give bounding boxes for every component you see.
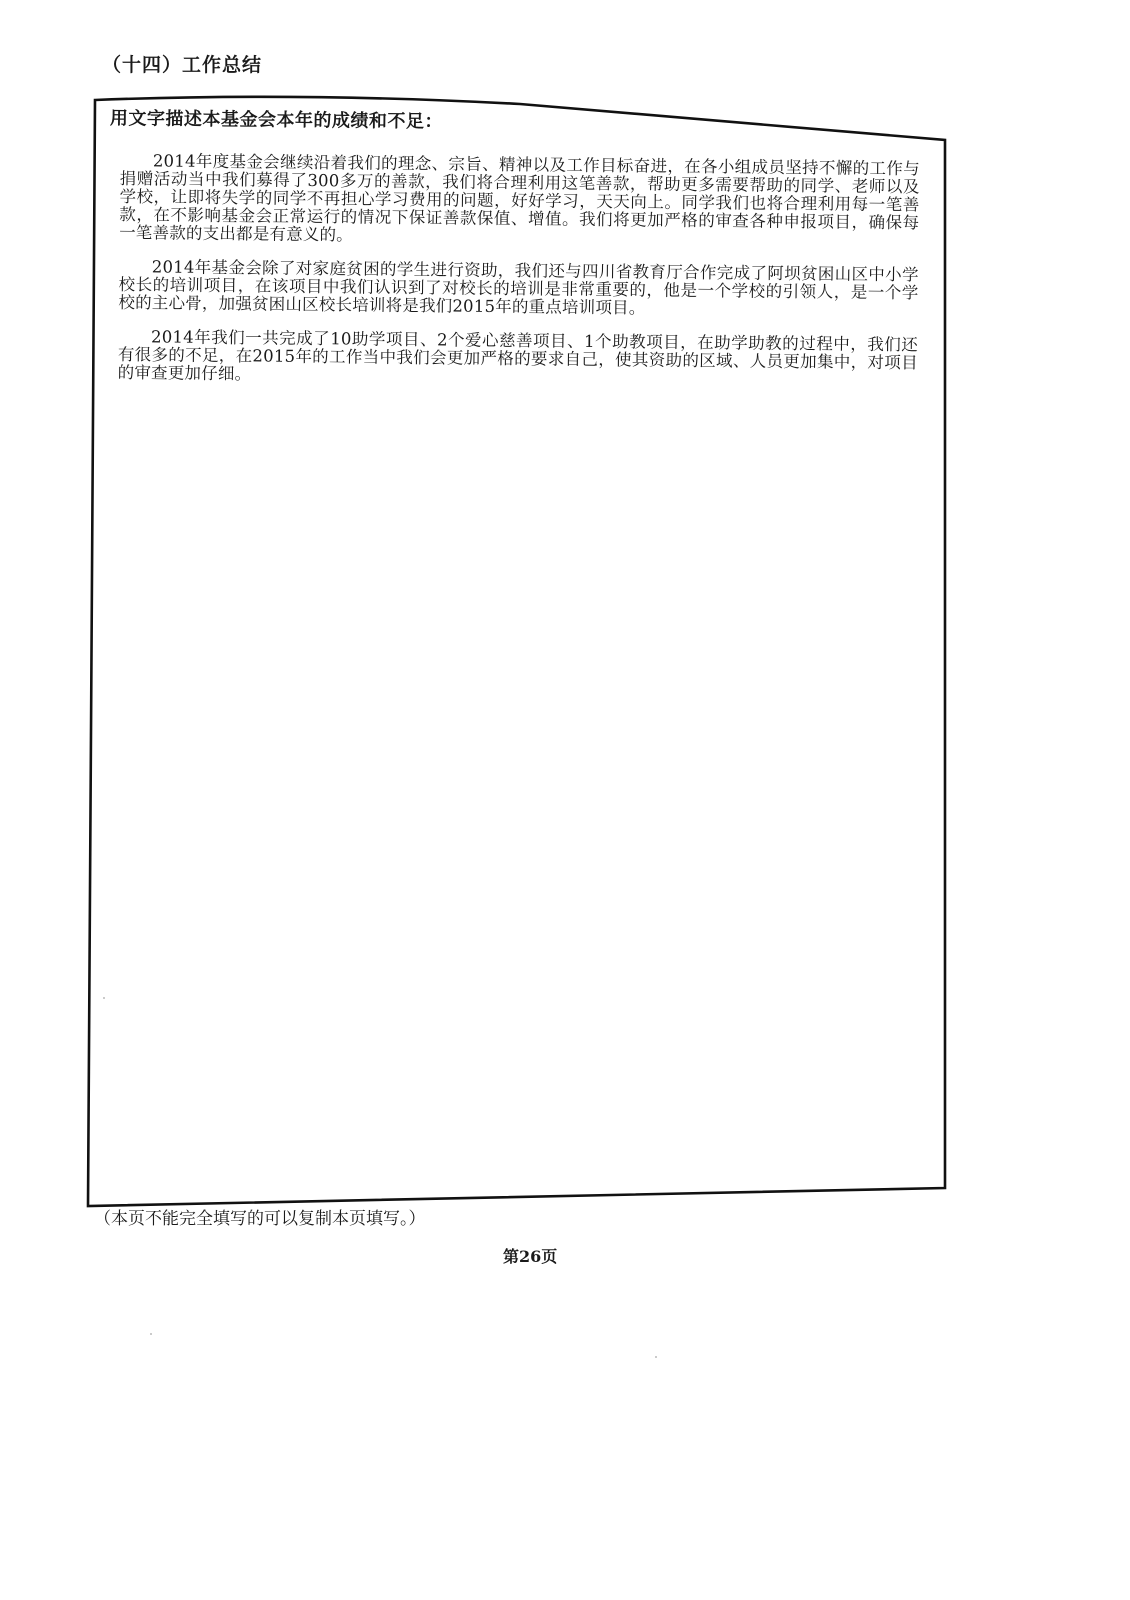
page-number: 第26页 <box>503 1244 557 1267</box>
scan-speck <box>150 1333 152 1335</box>
box-heading: 用文字描述本基金会本年的成绩和不足： <box>110 104 443 133</box>
summary-paragraph-1: 2014年度基金会继续沿着我们的理念、宗旨、精神以及工作目标奋进，在各小组成员坚… <box>119 152 920 250</box>
section-title: （十四）工作总结 <box>102 50 262 77</box>
footnote: （本页不能完全填写的可以复制本页填写。） <box>94 1204 426 1229</box>
summary-paragraph-2: 2014年基金会除了对家庭贫困的学生进行资助，我们还与四川省教育厅合作完成了阿坝… <box>118 258 919 320</box>
scan-speck <box>103 997 105 999</box>
summary-body: 2014年度基金会继续沿着我们的理念、宗旨、精神以及工作目标奋进，在各小组成员坚… <box>117 152 920 406</box>
summary-paragraph-3: 2014年我们一共完成了10助学项目、2个爱心慈善项目、1个助教项目，在助学助教… <box>118 328 919 390</box>
scan-speck <box>655 1356 657 1358</box>
